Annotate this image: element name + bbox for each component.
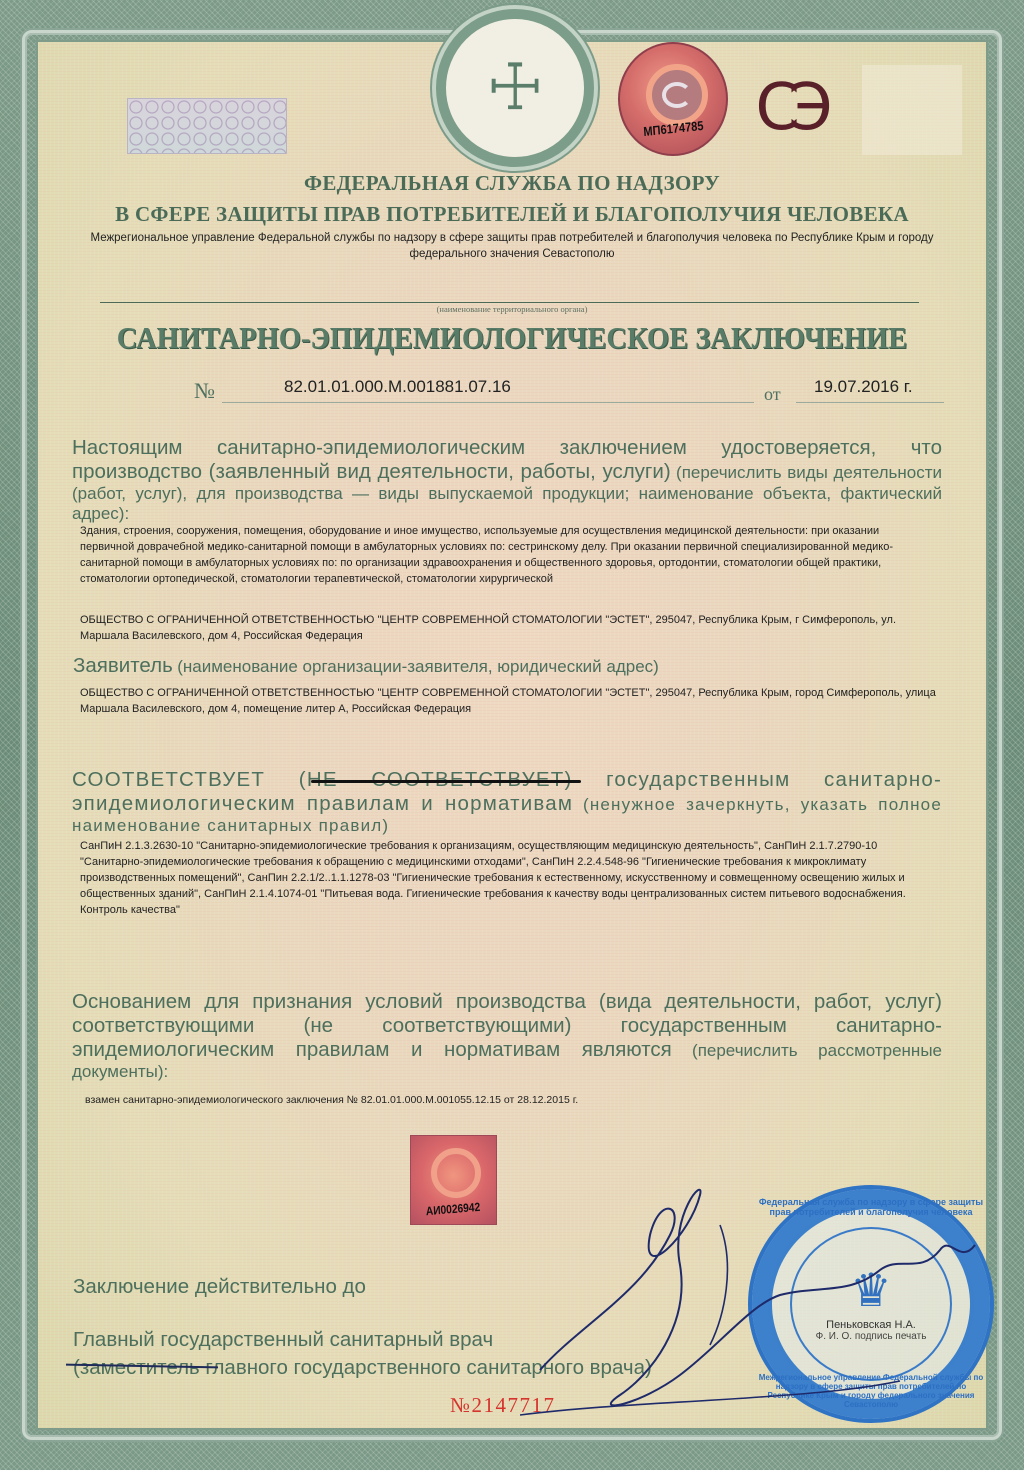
watermark-area bbox=[862, 65, 962, 155]
stamp-ring-text: Федеральная служба по надзору в сфере за… bbox=[752, 1197, 990, 1217]
applicant-label-hint: (наименование организации-заявителя, юри… bbox=[177, 657, 659, 676]
hologram-number: МП6174785 bbox=[642, 118, 703, 139]
complies-text: СООТВЕТСТВУЕТ ( bbox=[72, 768, 307, 791]
service-title-line2: В СФЕРЕ ЗАЩИТЫ ПРАВ ПОТРЕБИТЕЛЕЙ И БЛАГО… bbox=[60, 199, 964, 230]
date-label: от bbox=[764, 384, 781, 405]
date-underline bbox=[796, 402, 944, 403]
territorial-body-underline bbox=[100, 302, 919, 303]
struck-out-text: НЕ СООТВЕТСТВУЕТ) bbox=[307, 768, 573, 791]
sanitary-rules-list: СанПиН 2.1.3.2630-10 "Санитарно-эпидемио… bbox=[80, 838, 934, 918]
document-number: 82.01.01.000.М.001881.07.16 bbox=[284, 377, 511, 397]
intro-paragraph: Настоящим санитарно-эпидемиологическим з… bbox=[72, 436, 942, 524]
applicant-label-main: Заявитель bbox=[73, 654, 173, 677]
stamp-inner-text: Межрегиональное управление Федеральной с… bbox=[752, 1373, 990, 1409]
official-stamp: Федеральная служба по надзору в сфере за… bbox=[748, 1185, 994, 1423]
form-serial-number: №2147717 bbox=[450, 1393, 556, 1418]
signer-caption: Ф. И. О. подпись печать bbox=[816, 1331, 927, 1342]
chief-doctor-label: Главный государственный санитарный врач … bbox=[73, 1326, 652, 1382]
document-title: САНИТАРНО-ЭПИДЕМИОЛОГИЧЕСКОЕ ЗАКЛЮЧЕНИЕ bbox=[41, 320, 983, 356]
hologram-seal-bottom: АИ0026942 bbox=[410, 1135, 497, 1225]
applicant-label: Заявитель (наименование организации-заяв… bbox=[73, 654, 942, 678]
hologram-logo-icon bbox=[431, 1148, 481, 1198]
double-headed-eagle-icon: ☩ bbox=[436, 9, 594, 167]
valid-until-label: Заключение действительно до bbox=[73, 1275, 366, 1299]
activity-description: Здания, строения, сооружения, помещения,… bbox=[80, 523, 929, 587]
basis-documents-text: взамен санитарно-эпидемиологического зак… bbox=[85, 1094, 578, 1106]
stamp-inner: ♛ Пеньковская Н.А. Ф. И. О. подпись печа… bbox=[790, 1227, 952, 1381]
compliance-statement: СООТВЕТСТВУЕТ (НЕ СООТВЕТСТВУЕТ) государ… bbox=[72, 768, 942, 836]
number-sign: № bbox=[194, 378, 215, 404]
chief-doctor-line1: Главный государственный санитарный врач bbox=[73, 1326, 652, 1354]
security-hologram-strip bbox=[127, 98, 287, 154]
service-title-line1: ФЕДЕРАЛЬНАЯ СЛУЖБА ПО НАДЗОРУ bbox=[60, 168, 964, 199]
service-title: ФЕДЕРАЛЬНАЯ СЛУЖБА ПО НАДЗОРУ В СФЕРЕ ЗА… bbox=[60, 168, 964, 230]
hologram-seal-top: МП6174785 bbox=[618, 42, 728, 156]
se-logo: СЭ bbox=[738, 78, 838, 138]
hologram-logo-icon bbox=[646, 64, 708, 126]
se-logo-icon: СЭ bbox=[755, 76, 820, 140]
chief-doctor-line2: (заместитель главного государственного с… bbox=[73, 1354, 652, 1382]
rospotrebnadzor-emblem: ☩ bbox=[425, 18, 605, 158]
signer-name: Пеньковская Н.А. bbox=[826, 1319, 916, 1331]
basis-paragraph: Основанием для признания условий произво… bbox=[72, 990, 942, 1082]
applicant-value: ОБЩЕСТВО С ОГРАНИЧЕННОЙ ОТВЕТСТВЕННОСТЬЮ… bbox=[80, 685, 942, 717]
territorial-body-name: Межрегиональное управление Федеральной с… bbox=[60, 230, 964, 262]
bottom-hologram-number: АИ0026942 bbox=[426, 1200, 481, 1218]
document-number-row: № 82.01.01.000.М.001881.07.16 от 19.07.2… bbox=[194, 372, 914, 402]
coat-of-arms-icon: ♛ bbox=[850, 1267, 891, 1313]
number-underline bbox=[222, 402, 754, 403]
object-address: ОБЩЕСТВО С ОГРАНИЧЕННОЙ ОТВЕТСТВЕННОСТЬЮ… bbox=[80, 612, 942, 644]
document-date: 19.07.2016 г. bbox=[814, 377, 913, 397]
territorial-body-caption: (наименование территориального органа) bbox=[0, 304, 1024, 314]
basis-documents: взамен санитарно-эпидемиологического зак… bbox=[85, 1090, 942, 1108]
